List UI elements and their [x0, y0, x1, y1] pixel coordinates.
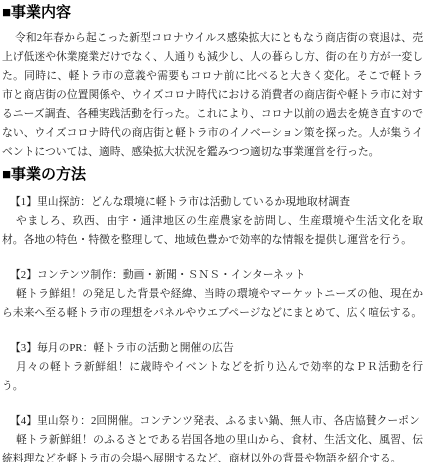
- method-item-4-title: 【4】里山祭り：2回開催。コンテンツ発表、ふるまい鍋、無人市、各店協賛クーポン: [2, 412, 423, 431]
- section-heading-business-content: ■事業内容: [2, 4, 423, 22]
- method-item-1: 【1】里山探訪：どんな環境に軽トラ市は活動しているか現地取材調査 やましろ、玖西…: [2, 193, 423, 250]
- method-item-2-title: 【2】コンテンツ制作：動画・新聞・ＳＮＳ・インターネット: [2, 266, 423, 285]
- method-item-1-title: 【1】里山探訪：どんな環境に軽トラ市は活動しているか現地取材調査: [2, 193, 423, 212]
- method-item-2-body: 軽トラ鮮組！の発足した背景や経緯、当時の環境やマーケットニーズの他、現在から未来…: [2, 285, 423, 323]
- method-item-3: 【3】毎月のPR：軽トラ市の活動と開催の広告 月々の軽トラ新鮮組！に歳時やイベン…: [2, 339, 423, 396]
- document-page: ■事業内容 令和2年春から起こった新型コロナウイルス感染拡大にともなう商店街の衰…: [0, 0, 425, 462]
- method-item-4-body: 軽トラ新鮮組！のふるさとである岩国各地の里山から、食材、生活文化、風習、伝統料理…: [2, 431, 423, 462]
- section-heading-business-method: ■事業の方法: [2, 166, 423, 184]
- method-item-2: 【2】コンテンツ制作：動画・新聞・ＳＮＳ・インターネット 軽トラ鮮組！の発足した…: [2, 266, 423, 323]
- method-item-3-body: 月々の軽トラ新鮮組！に歳時やイベントなどを折り込んで効率的なＰＲ活動を行う。: [2, 358, 423, 396]
- method-item-3-title: 【3】毎月のPR：軽トラ市の活動と開催の広告: [2, 339, 423, 358]
- method-item-1-body: やましろ、玖西、由宇・通津地区の生産農家を訪問し、生産環境や生活文化を取材。各地…: [2, 212, 423, 250]
- business-content-paragraph: 令和2年春から起こった新型コロナウイルス感染拡大にともなう商店街の衰退は、売上げ…: [2, 29, 423, 162]
- method-item-4: 【4】里山祭り：2回開催。コンテンツ発表、ふるまい鍋、無人市、各店協賛クーポン …: [2, 412, 423, 462]
